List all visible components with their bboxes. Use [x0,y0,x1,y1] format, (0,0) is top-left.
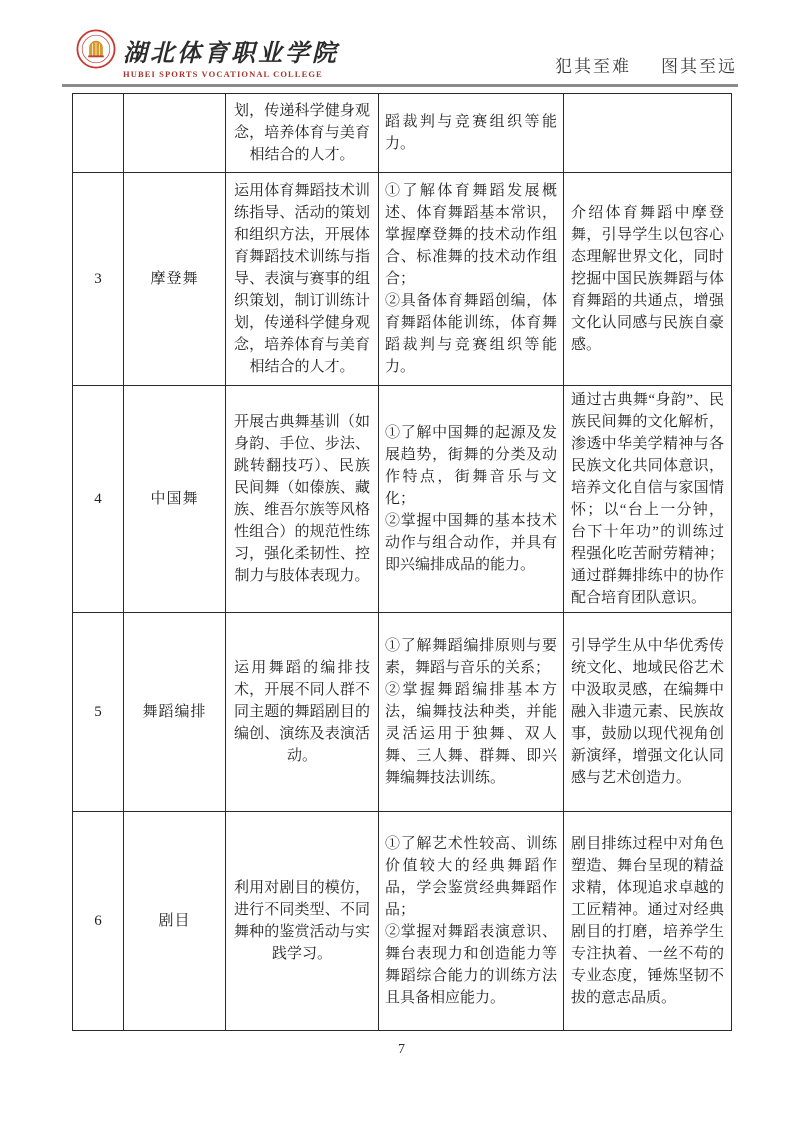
cell-objectives: ①了解中国舞的起源及发展趋势，街舞的分类及动作特点，街舞音乐与文化； ②掌握中国… [379,386,564,613]
cell-course-desc: 运用体育舞蹈技术训练指导、活动的策划和组织方法，开展体育舞蹈技术训练与指导、表演… [226,173,379,386]
cell-ideology: 引导学生从中华优秀传统文化、地域民俗艺术中汲取灵感，在编舞中融入非遗元素、民族故… [564,613,732,812]
college-seal-icon [76,29,116,69]
cell-number: 3 [73,173,124,386]
objective-item-1: ①了解艺术性较高、训练价值较大的经典舞蹈作品，学会鉴赏经典舞蹈作品； [385,833,557,921]
cell-objectives: ①了解体育舞蹈发展概述、体育舞蹈基本常识，掌握摩登舞的技术动作组合、标准舞的技术… [379,173,564,386]
college-name-cn: 湖北体育职业学院 [123,33,339,68]
table-row: 6 剧目 利用对剧目的模仿，进行不同类型、不同舞种的鉴赏活动与实践学习。 ①了解… [73,812,732,1031]
objective-item-2: ②掌握中国舞的基本技术动作与组合动作，并具有即兴编排成品的能力。 [385,510,557,576]
table-row: 4 中国舞 开展古典舞基训（如身韵、手位、步法、跳转翻技巧）、民族民间舞（如傣族… [73,386,732,613]
course-table: 划，传递科学健身观念，培养体育与美育相结合的人才。 蹈裁判与竞赛组织等能力。 3… [72,93,732,1031]
table-row: 3 摩登舞 运用体育舞蹈技术训练指导、活动的策划和组织方法，开展体育舞蹈技术训练… [73,173,732,386]
cell-course-desc: 运用舞蹈的编排技术，开展不同人群不同主题的舞蹈剧目的编创、演练及表演活动。 [226,613,379,812]
cell-course-name: 摩登舞 [124,173,226,386]
cell-number: 5 [73,613,124,812]
cell-objectives: ①了解舞蹈编排原则与要素，舞蹈与音乐的关系； ②掌握舞蹈编排基本方法，编舞技法种… [379,613,564,812]
objective-item-1: ①了解舞蹈编排原则与要素，舞蹈与音乐的关系； [385,635,557,679]
header-divider [62,84,738,87]
objective-item-1: ①了解体育舞蹈发展概述、体育舞蹈基本常识，掌握摩登舞的技术动作组合、标准舞的技术… [385,180,557,290]
college-motto: 犯其至难图其至远 [555,52,737,77]
cell-course-name: 剧目 [124,812,226,1031]
objective-item-1: ①了解中国舞的起源及发展趋势，街舞的分类及动作特点，街舞音乐与文化； [385,422,557,510]
table-row-continued: 划，传递科学健身观念，培养体育与美育相结合的人才。 蹈裁判与竞赛组织等能力。 [73,94,732,173]
cell-course-desc: 利用对剧目的模仿，进行不同类型、不同舞种的鉴赏活动与实践学习。 [226,812,379,1031]
college-brand: 湖北体育职业学院 HUBEI SPORTS VOCATIONAL COLLEGE [123,33,339,79]
objective-item-2: ②掌握舞蹈编排基本方法，编舞技法种类，并能灵活运用于独舞、双人舞、三人舞、群舞、… [385,679,557,789]
cell-objectives: 蹈裁判与竞赛组织等能力。 [379,94,564,173]
cell-course-name: 舞蹈编排 [124,613,226,812]
page-number: 7 [72,1042,731,1058]
objective-item-2: ②掌握对舞蹈表演意识、舞台表现力和创造能力等舞蹈综合能力的训练方法且具备相应能力… [385,921,557,1009]
cell-number: 4 [73,386,124,613]
cell-objectives: ①了解艺术性较高、训练价值较大的经典舞蹈作品，学会鉴赏经典舞蹈作品； ②掌握对舞… [379,812,564,1031]
cell-course-desc: 开展古典舞基训（如身韵、手位、步法、跳转翻技巧）、民族民间舞（如傣族、藏族、维吾… [226,386,379,613]
cell-ideology: 剧目排练过程中对角色塑造、舞台呈现的精益求精，体现追求卓越的工匠精神。通过对经典… [564,812,732,1031]
motto-left: 犯其至难 [555,57,631,76]
motto-right: 图其至远 [661,57,737,76]
table-row: 5 舞蹈编排 运用舞蹈的编排技术，开展不同人群不同主题的舞蹈剧目的编创、演练及表… [73,613,732,812]
cell-course-name [124,94,226,173]
cell-ideology: 介绍体育舞蹈中摩登舞，引导学生以包容心态理解世界文化，同时挖掘中国民族舞蹈与体育… [564,173,732,386]
cell-course-desc: 划，传递科学健身观念，培养体育与美育相结合的人才。 [226,94,379,173]
cell-number: 6 [73,812,124,1031]
college-name-en: HUBEI SPORTS VOCATIONAL COLLEGE [123,69,339,79]
cell-course-name: 中国舞 [124,386,226,613]
objective-item-2: ②具备体育舞蹈创编，体育舞蹈体能训练，体育舞蹈裁判与竞赛组织等能力。 [385,290,557,378]
cell-number [73,94,124,173]
cell-ideology [564,94,732,173]
cell-ideology: 通过古典舞“身韵”、民族民间舞的文化解析，渗透中华美学精神与各民族文化共同体意识… [564,386,732,613]
document-page: 湖北体育职业学院 HUBEI SPORTS VOCATIONAL COLLEGE… [0,0,800,1131]
